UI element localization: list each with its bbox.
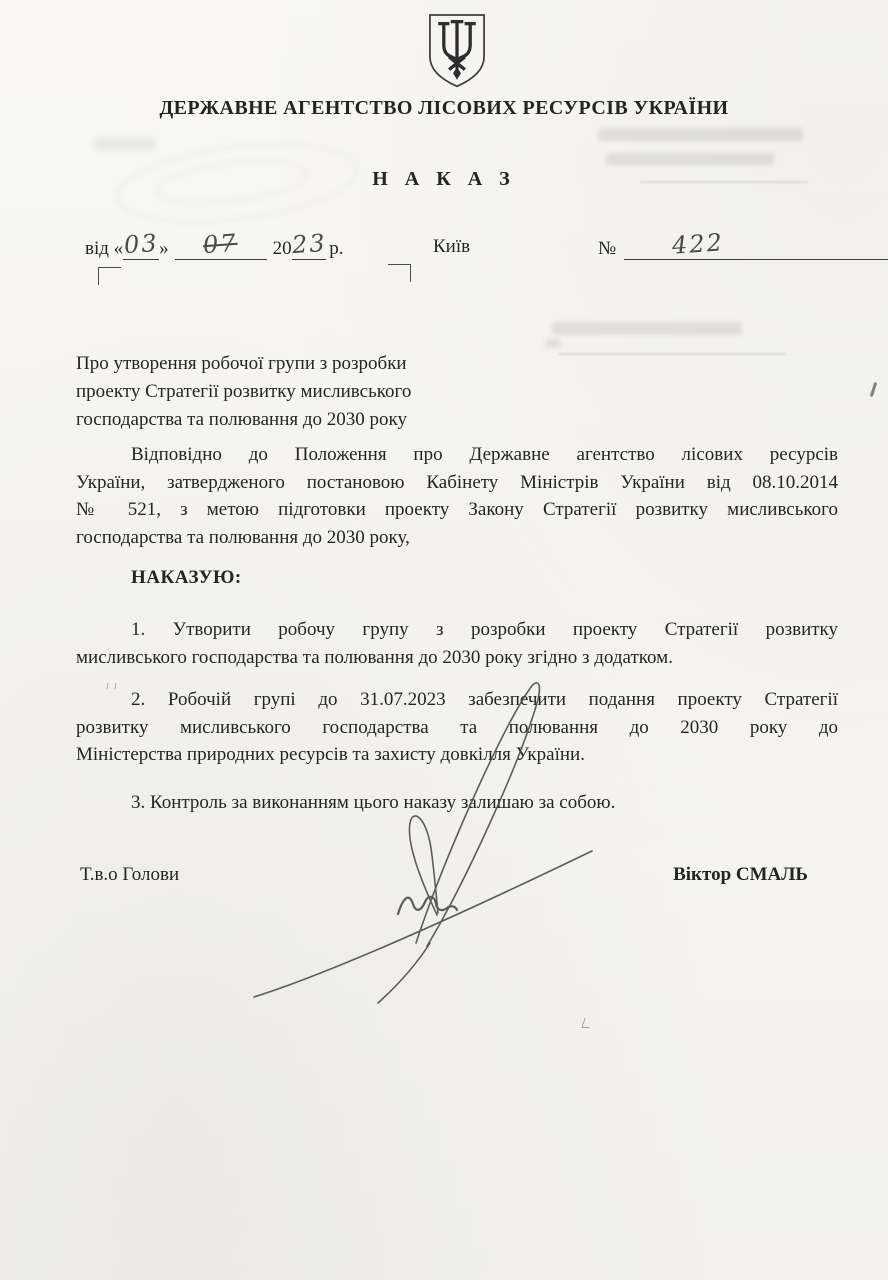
document-type-title: Н А К А З — [0, 168, 888, 191]
scanned-order-document: ДЕРЖАВНЕ АГЕНТСТВО ЛІСОВИХ РЕСУРСІВ УКРА… — [0, 0, 888, 1280]
order-item-line: мисливського господарства та полювання д… — [76, 644, 838, 672]
date-quote-close: » — [159, 238, 169, 259]
handwritten-year: 23 — [291, 233, 327, 255]
order-item-line: 1. Утворити робочу групу з розробки прое… — [76, 616, 838, 644]
preamble-line: господарства та полювання до 2030 року, — [76, 524, 838, 552]
order-item-line: 2. Робочій групі до 31.07.2023 забезпечи… — [76, 686, 838, 714]
handwritten-day: 03 — [123, 233, 159, 255]
preamble-line: № 521, з метою підготовки проекту Закону… — [76, 496, 838, 524]
signer-title: Т.в.о Голови — [80, 864, 179, 886]
order-item-3: 3. Контроль за виконанням цього наказу з… — [76, 789, 838, 817]
order-item-line: розвитку мисливського господарства та по… — [76, 714, 838, 742]
ukraine-trident-emblem — [424, 10, 490, 94]
signer-name: Віктор СМАЛЬ — [673, 864, 808, 886]
date-line: від «03»072023р. — [85, 236, 343, 260]
signoff-row: Т.в.о Голови Віктор СМАЛЬ — [80, 864, 808, 886]
number-label: № — [598, 238, 616, 259]
handwritten-month: 07 — [203, 233, 239, 255]
preamble-line: Відповідно до Положення про Державне аге… — [76, 441, 838, 469]
date-prefix: від « — [85, 238, 123, 259]
crop-corner-left — [98, 267, 121, 285]
bleedthrough-text-artifact — [606, 153, 774, 165]
subject-line: проекту Стратегії розвитку мисливського — [76, 378, 428, 406]
order-item-2: 2. Робочій групі до 31.07.2023 забезпечи… — [76, 686, 838, 769]
city-label: Київ — [433, 236, 470, 258]
order-number-line: №422 — [598, 236, 888, 260]
year-typed: 20 — [273, 238, 292, 259]
bleedthrough-line-artifact — [558, 353, 786, 355]
agency-title: ДЕРЖАВНЕ АГЕНТСТВО ЛІСОВИХ РЕСУРСІВ УКРА… — [0, 97, 888, 120]
order-item-1: 1. Утворити робочу групу з розробки прое… — [76, 616, 838, 671]
handwritten-order-number: 422 — [672, 232, 725, 256]
order-item-line: 3. Контроль за виконанням цього наказу з… — [76, 789, 838, 817]
subject-block: Про утворення робочої групи з розробки п… — [76, 350, 428, 434]
bleedthrough-text-artifact — [552, 322, 742, 335]
date-number-row: від «03»072023р. Київ №422 — [0, 236, 888, 270]
crop-corner-right — [388, 264, 411, 282]
bleedthrough-text-artifact — [545, 339, 561, 348]
order-item-line: Міністерства природних ресурсів та захис… — [76, 741, 838, 769]
subject-line: Про утворення робочої групи з розробки — [76, 350, 428, 378]
subject-line: господарства та полювання до 2030 року — [76, 406, 428, 434]
date-suffix: р. — [329, 238, 343, 259]
preamble-line: України, затвердженого постановою Кабіне… — [76, 469, 838, 497]
decree-word: НАКАЗУЮ: — [131, 567, 242, 589]
preamble-paragraph: Відповідно до Положення про Державне аге… — [76, 441, 838, 551]
pen-mark-artifact — [870, 382, 877, 397]
bleedthrough-text-artifact — [598, 128, 803, 141]
scan-speck-artifact — [581, 1018, 592, 1028]
